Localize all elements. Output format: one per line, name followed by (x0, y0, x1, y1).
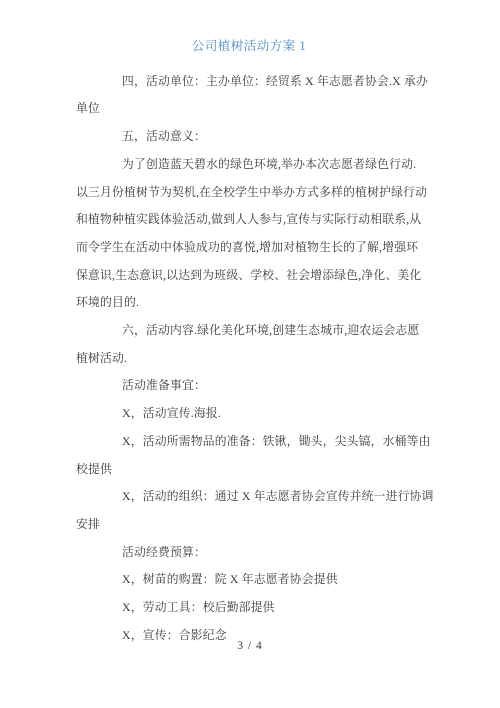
text-line: 安排 (76, 511, 422, 539)
text-line: 单位 (76, 95, 422, 123)
text-line: 六，活动内容.绿化美化环境,创建生态城市,迎农运会志愿 (76, 317, 422, 345)
text-line: 活动经费预算： (76, 539, 422, 567)
text-line: X，劳动工具：校后勤部提供 (76, 594, 422, 622)
text-line: X，树苗的购置：院 X 年志愿者协会提供 (76, 566, 422, 594)
text-line: 环境的目的. (76, 289, 422, 317)
text-line: X，活动的组织：通过 X 年志愿者协会宣传并统一进行协调 (76, 483, 422, 511)
text-line: 活动准备事宜： (76, 372, 422, 400)
document-content: 公司植树活动方案 1 四，活动单位：主办单位：经贸系 X 年志愿者协会.X 承办… (76, 33, 422, 649)
document-page: 公司植树活动方案 1 四，活动单位：主办单位：经贸系 X 年志愿者协会.X 承办… (0, 0, 500, 708)
document-body: 四，活动单位：主办单位：经贸系 X 年志愿者协会.X 承办单位五，活动意义：为了… (76, 68, 422, 650)
text-line: 而令学生在活动中体验成功的喜悦,增加对植物生长的了解,增强环 (76, 234, 422, 262)
text-line: 五，活动意义： (76, 123, 422, 151)
text-line: X，活动所需物品的准备：铁锹，锄头，尖头镐，水桶等由 (76, 428, 422, 456)
text-line: 植树活动. (76, 345, 422, 373)
text-line: 四，活动单位：主办单位：经贸系 X 年志愿者协会.X 承办 (76, 68, 422, 96)
text-line: 以三月份植树节为契机,在全校学生中举办方式多样的植树护绿行动 (76, 179, 422, 207)
page-number: 3 / 4 (0, 640, 500, 652)
text-line: 保意识,生态意识,以达到为班级、学校、社会增添绿色,净化、美化 (76, 262, 422, 290)
text-line: 和植物种植实践体验活动,做到人人参与,宣传与实际行动相联系,从 (76, 206, 422, 234)
text-line: 为了创造蓝天碧水的绿色环境,举办本次志愿者绿色行动. (76, 151, 422, 179)
text-line: X，活动宣传.海报. (76, 400, 422, 428)
text-line: 校提供 (76, 456, 422, 484)
document-title: 公司植树活动方案 1 (76, 33, 422, 61)
